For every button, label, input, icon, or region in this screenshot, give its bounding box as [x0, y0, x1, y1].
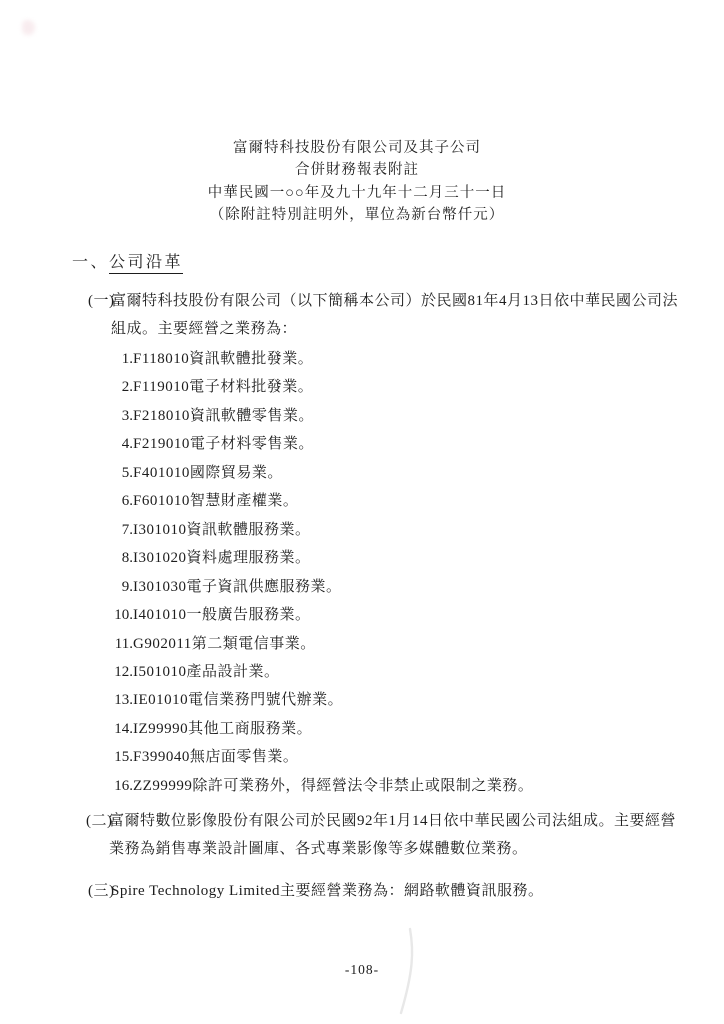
page-number: -108- — [0, 962, 724, 978]
business-item-text: F118010資訊軟體批發業。 — [133, 351, 313, 367]
business-item-number: 10. — [111, 601, 133, 629]
paragraph-item-three: (三) Spire Technology Limited主要經營業務為：網路軟體… — [88, 877, 543, 905]
paragraph-one-line2: 組成。主要經營之業務為： — [111, 315, 678, 343]
section-title: 公司沿革 — [109, 254, 183, 274]
business-item-text: G902011第二類電信事業。 — [133, 636, 316, 652]
paragraph-two-label: (二) — [86, 807, 113, 835]
business-item-number: 11. — [111, 630, 133, 658]
business-item-number: 12. — [111, 658, 133, 686]
paragraph-two-line2: 業務為銷售專業設計圖庫、各式專業影像等多媒體數位業務。 — [109, 835, 676, 863]
scan-smudge-artifact — [22, 20, 35, 35]
paragraph-one-label: (一) — [88, 287, 115, 315]
business-item-number: 14. — [111, 715, 133, 743]
business-item-number: 15. — [111, 743, 133, 771]
business-item-number: 5. — [111, 459, 133, 487]
paragraph-item-two: (二) 富爾特數位影像股份有限公司於民國92年1月14日依中華民國公司法組成。主… — [86, 807, 676, 863]
business-item-number: 2. — [111, 373, 133, 401]
header-company-line: 富爾特科技股份有限公司及其子公司 — [0, 137, 714, 159]
business-item: 11.G902011第二類電信事業。 — [111, 630, 533, 658]
business-item-number: 16. — [111, 772, 133, 800]
business-item-text: I301030電子資訊供應服務業。 — [133, 579, 342, 595]
business-item: 6.F601010智慧財產權業。 — [111, 487, 533, 515]
paragraph-item-one: (一) 富爾特科技股份有限公司（以下簡稱本公司）於民國81年4月13日依中華民國… — [88, 287, 678, 343]
business-item-text: F119010電子材料批發業。 — [133, 379, 313, 395]
business-item-text: F218010資訊軟體零售業。 — [133, 408, 314, 424]
business-item: 3.F218010資訊軟體零售業。 — [111, 402, 533, 430]
business-item-number: 6. — [111, 487, 133, 515]
header-unit-line: （除附註特別註明外，單位為新台幣仟元） — [0, 204, 714, 226]
business-item-text: IZ99990其他工商服務業。 — [133, 721, 312, 737]
business-item: 8.I301020資料處理服務業。 — [111, 544, 533, 572]
section-heading: 一、公司沿革 — [72, 249, 183, 272]
paragraph-one-line1: 富爾特科技股份有限公司（以下簡稱本公司）於民國81年4月13日依中華民國公司法 — [111, 287, 678, 315]
business-item-text: IE01010電信業務門號代辦業。 — [133, 692, 343, 708]
business-item-number: 7. — [111, 516, 133, 544]
section-number: 一、 — [72, 254, 109, 271]
business-item: 16.ZZ99999除許可業務外，得經營法令非禁止或限制之業務。 — [111, 772, 533, 800]
business-item: 15.F399040無店面零售業。 — [111, 743, 533, 771]
business-item-number: 13. — [111, 686, 133, 714]
business-item: 7.I301010資訊軟體服務業。 — [111, 516, 533, 544]
business-item: 1.F118010資訊軟體批發業。 — [111, 345, 533, 373]
business-item-number: 8. — [111, 544, 133, 572]
business-items-list: 1.F118010資訊軟體批發業。 2.F119010電子材料批發業。 3.F2… — [111, 345, 533, 800]
business-item-text: I301010資訊軟體服務業。 — [133, 522, 311, 538]
business-item: 5.F401010國際貿易業。 — [111, 459, 533, 487]
business-item-text: I501010產品設計業。 — [133, 664, 280, 680]
business-item-text: F601010智慧財產權業。 — [133, 493, 298, 509]
header-report-title: 合併財務報表附註 — [0, 159, 714, 181]
business-item: 4.F219010電子材料零售業。 — [111, 430, 533, 458]
business-item: 13.IE01010電信業務門號代辦業。 — [111, 686, 533, 714]
business-item-number: 4. — [111, 430, 133, 458]
business-item-text: F219010電子材料零售業。 — [133, 436, 314, 452]
business-item-text: I401010一般廣告服務業。 — [133, 607, 311, 623]
business-item-number: 9. — [111, 573, 133, 601]
business-item: 9.I301030電子資訊供應服務業。 — [111, 573, 533, 601]
business-item: 10.I401010一般廣告服務業。 — [111, 601, 533, 629]
business-item: 2.F119010電子材料批發業。 — [111, 373, 533, 401]
business-item-text: F401010國際貿易業。 — [133, 465, 283, 481]
business-item-number: 3. — [111, 402, 133, 430]
document-header: 富爾特科技股份有限公司及其子公司 合併財務報表附註 中華民國一○○年及九十九年十… — [0, 137, 714, 227]
business-item: 14.IZ99990其他工商服務業。 — [111, 715, 533, 743]
business-item: 12.I501010產品設計業。 — [111, 658, 533, 686]
business-item-text: ZZ99999除許可業務外，得經營法令非禁止或限制之業務。 — [133, 778, 533, 794]
paragraph-three-label: (三) — [88, 877, 115, 905]
business-item-text: I301020資料處理服務業。 — [133, 550, 311, 566]
header-date-line: 中華民國一○○年及九十九年十二月三十一日 — [0, 182, 714, 204]
document-page: 富爾特科技股份有限公司及其子公司 合併財務報表附註 中華民國一○○年及九十九年十… — [0, 0, 724, 1024]
business-item-text: F399040無店面零售業。 — [133, 749, 298, 765]
business-item-number: 1. — [111, 345, 133, 373]
paragraph-two-line1: 富爾特數位影像股份有限公司於民國92年1月14日依中華民國公司法組成。主要經營 — [109, 807, 676, 835]
paragraph-three-line1: Spire Technology Limited主要經營業務為：網路軟體資訊服務… — [111, 877, 543, 905]
